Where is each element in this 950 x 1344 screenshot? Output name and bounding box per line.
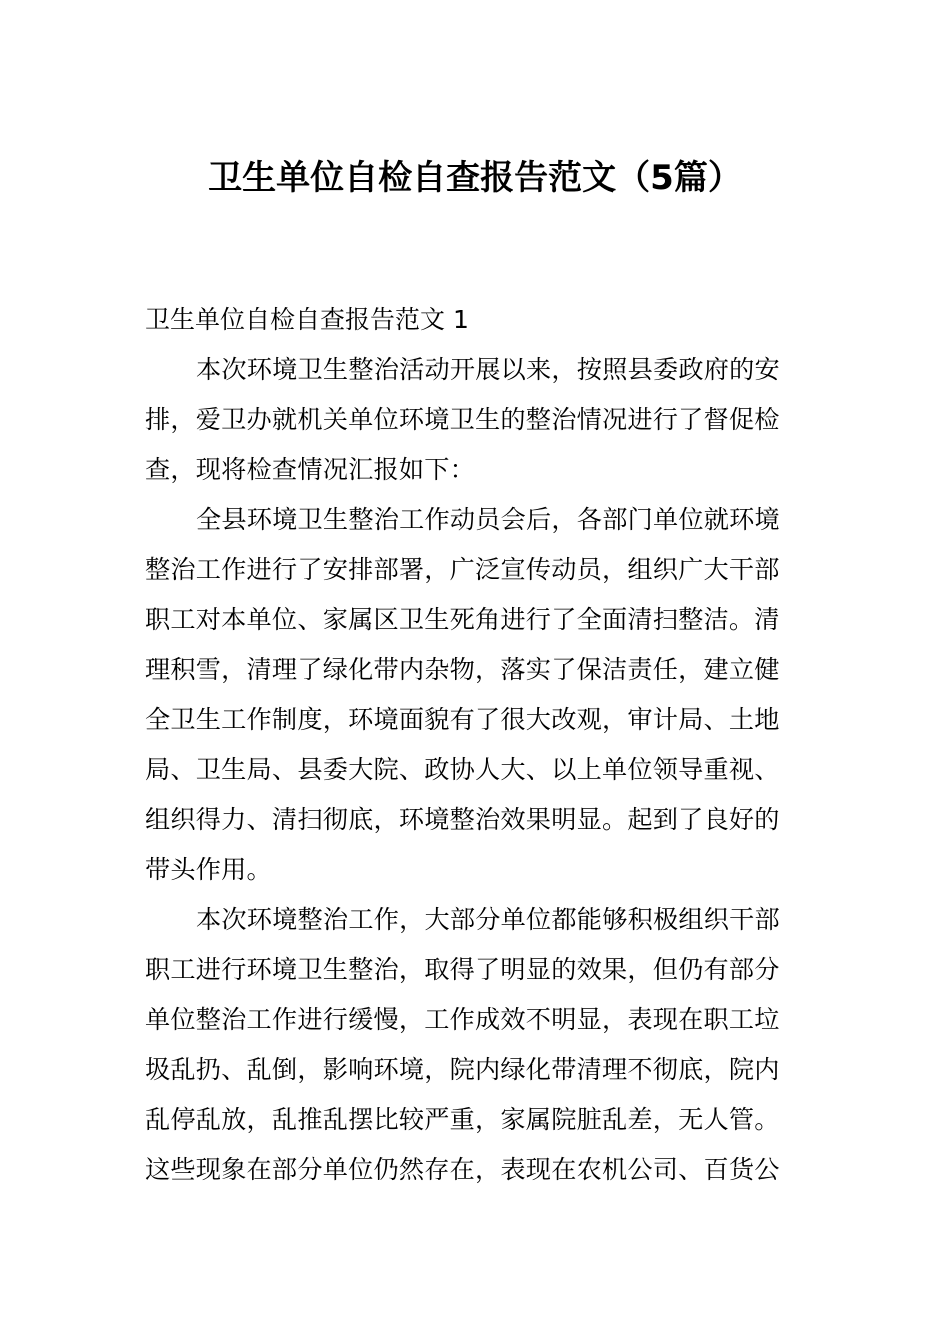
text-line: 组织得力、清扫彻底，环境整治效果明显。起到了良好的 (145, 800, 810, 850)
text-line: 查，现将检查情况汇报如下： (145, 450, 810, 500)
text-line: 局、卫生局、县委大院、政协人大、以上单位领导重视、 (145, 750, 810, 800)
text-line: 乱停乱放，乱推乱摆比较严重，家属院脏乱差，无人管。 (145, 1100, 810, 1150)
text-line: 单位整治工作进行缓慢，工作成效不明显，表现在职工垃 (145, 1000, 810, 1050)
text-line: 职工对本单位、家属区卫生死角进行了全面清扫整洁。清 (145, 600, 810, 650)
text-line: 带头作用。 (145, 850, 810, 900)
document-title: 卫生单位自检自查报告范文（5篇） (0, 152, 950, 204)
document-body: 本次环境卫生整治活动开展以来，按照县委政府的安 排，爱卫办就机关单位环境卫生的整… (145, 350, 810, 1200)
text-line: 本次环境卫生整治活动开展以来，按照县委政府的安 (145, 350, 810, 400)
text-line: 圾乱扔、乱倒，影响环境，院内绿化带清理不彻底，院内 (145, 1050, 810, 1100)
text-line: 本次环境整治工作，大部分单位都能够积极组织干部 (145, 900, 810, 950)
document-page: 卫生单位自检自查报告范文（5篇） 卫生单位自检自查报告范文 1 本次环境卫生整治… (0, 0, 950, 1344)
text-line: 这些现象在部分单位仍然存在，表现在农机公司、百货公 (145, 1150, 810, 1200)
text-line: 理积雪，清理了绿化带内杂物，落实了保洁责任，建立健 (145, 650, 810, 700)
text-line: 排，爱卫办就机关单位环境卫生的整治情况进行了督促检 (145, 400, 810, 450)
text-line: 全卫生工作制度，环境面貌有了很大改观，审计局、土地 (145, 700, 810, 750)
text-line: 全县环境卫生整治工作动员会后，各部门单位就环境 (145, 500, 810, 550)
text-line: 职工进行环境卫生整治，取得了明显的效果，但仍有部分 (145, 950, 810, 1000)
text-line: 整治工作进行了安排部署，广泛宣传动员，组织广大干部 (145, 550, 810, 600)
section-heading: 卫生单位自检自查报告范文 1 (145, 300, 469, 340)
